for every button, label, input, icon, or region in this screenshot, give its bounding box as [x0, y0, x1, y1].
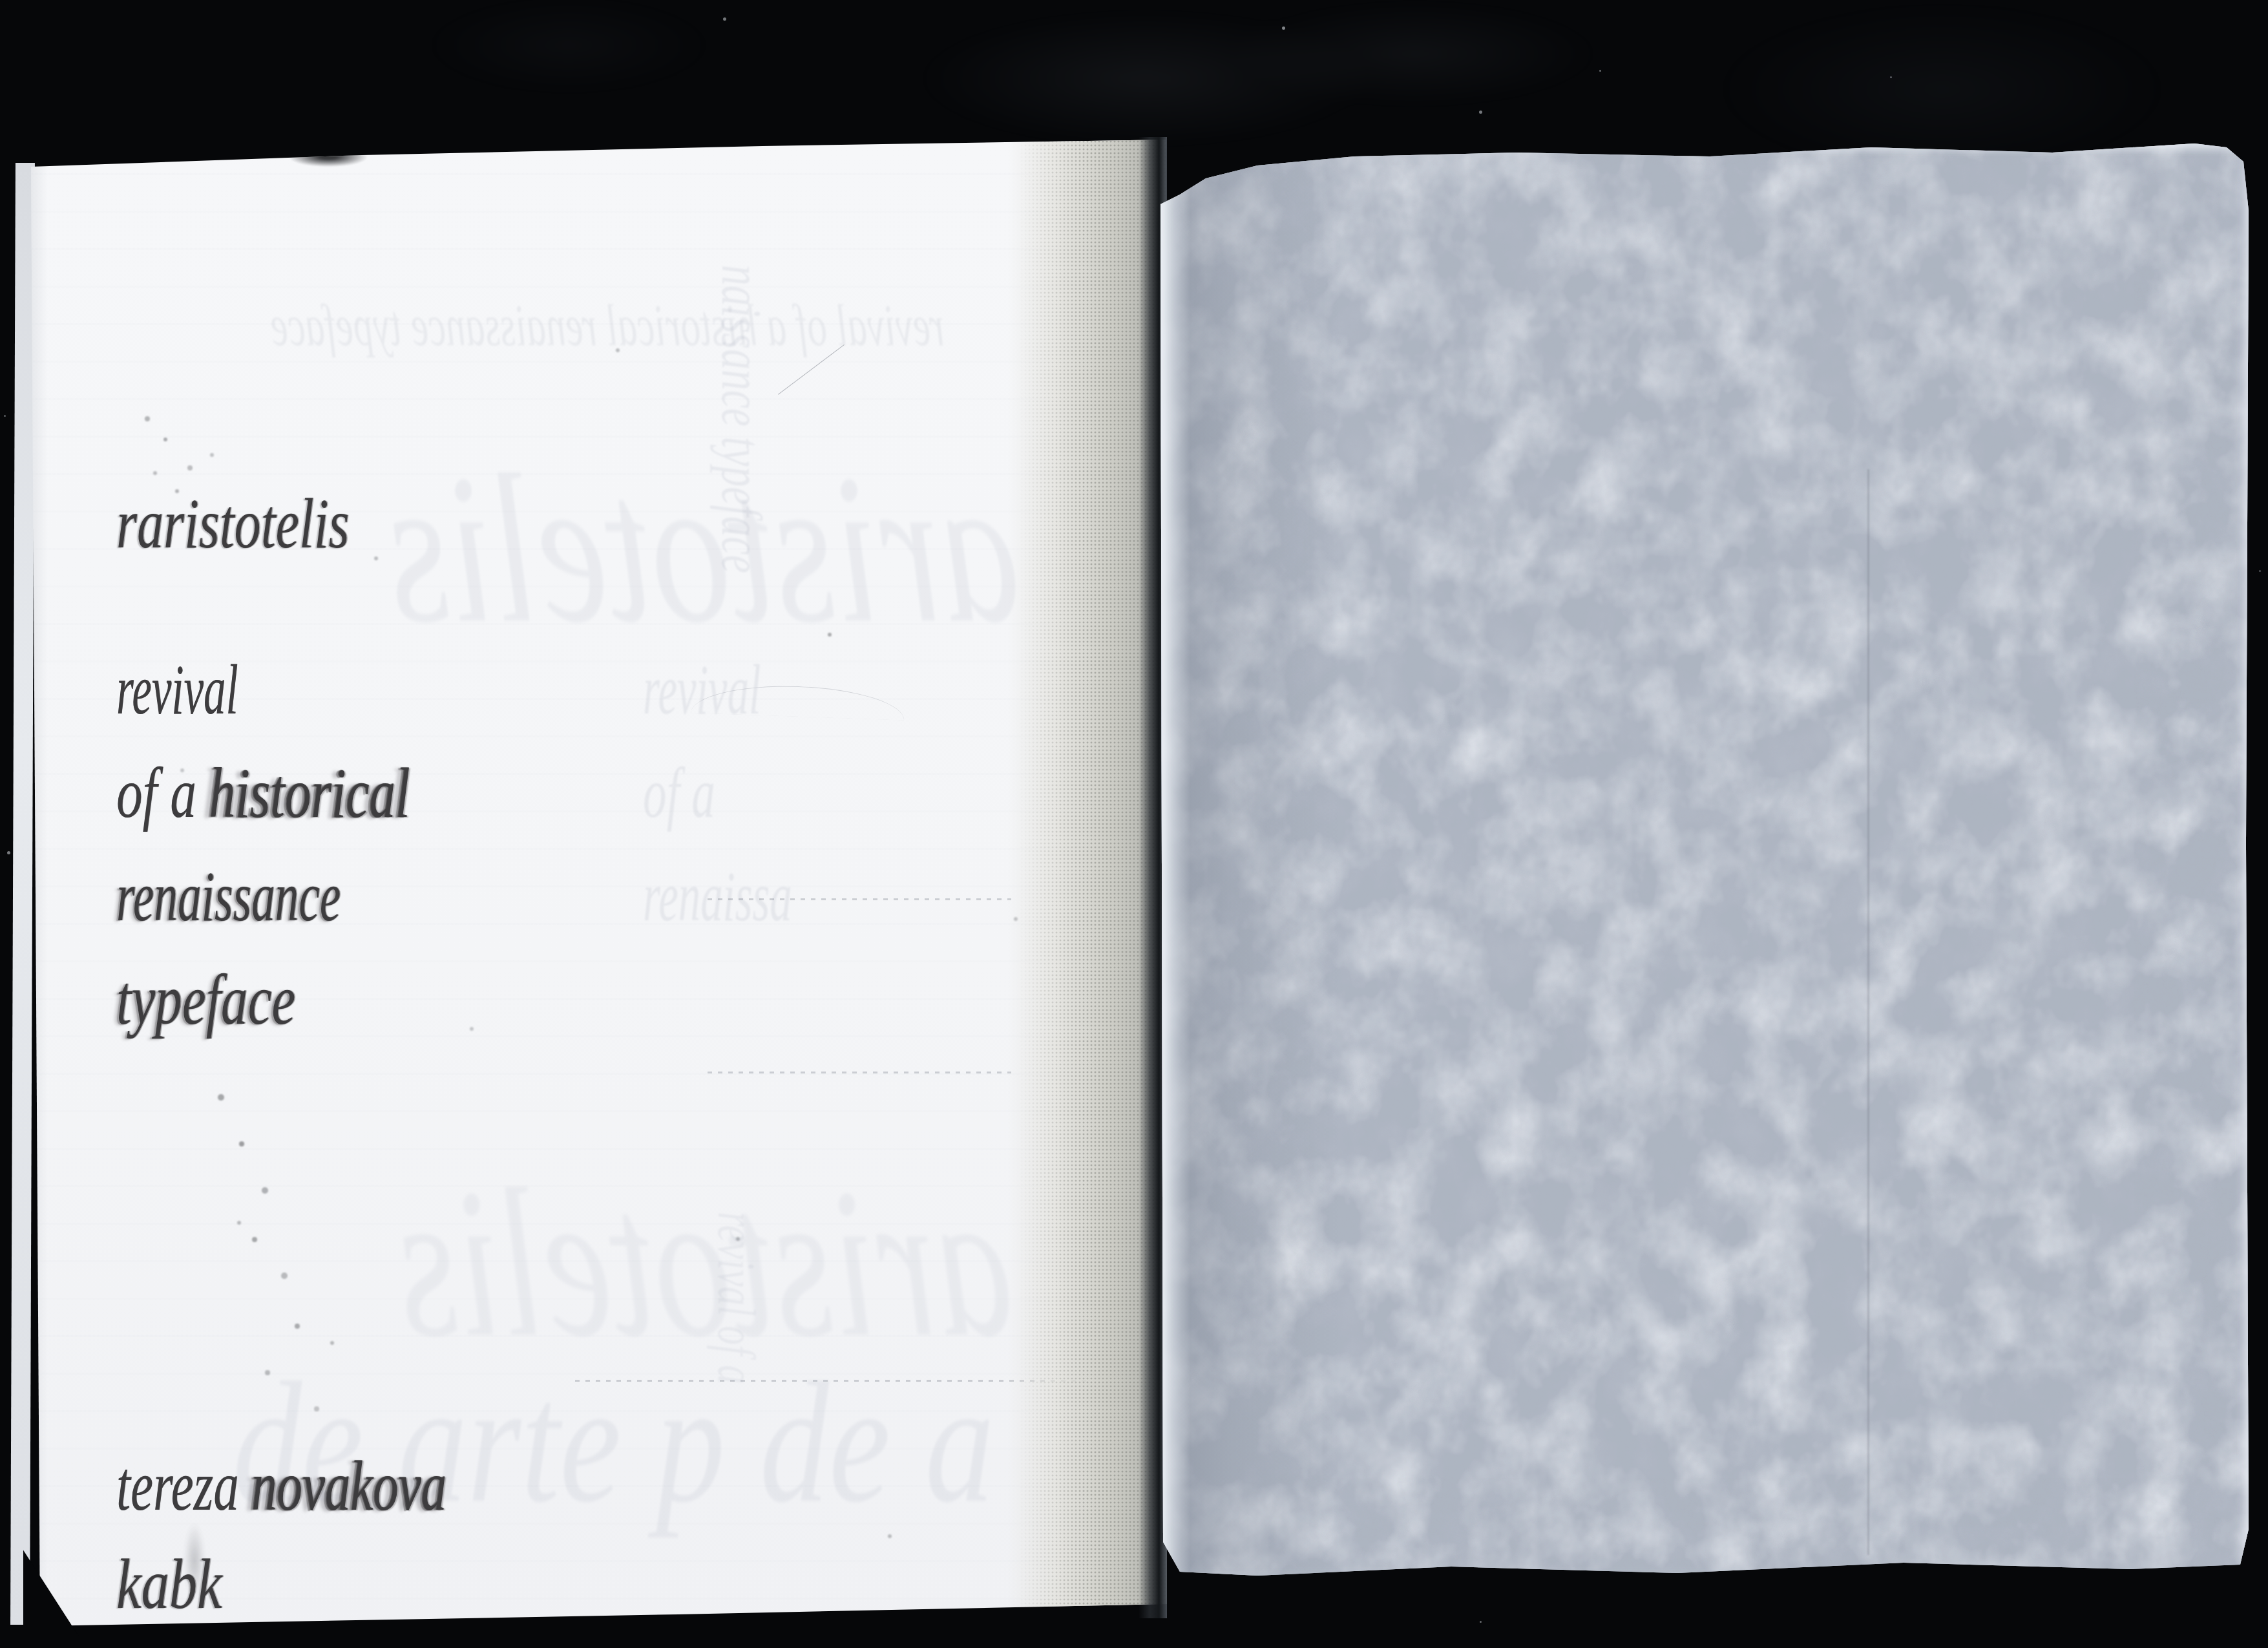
author-line: tereza novakova [116, 1437, 582, 1536]
dust-specks [0, 0, 2, 2]
left-page: revival of a historical renaissance type… [26, 136, 1167, 1630]
subtitle-line: of a historical [116, 742, 519, 845]
subtitle-line: typeface [116, 949, 519, 1052]
ghost-rule-line [708, 898, 1011, 900]
subtitle-text: revival of a historical renaissance type… [116, 639, 519, 1052]
ink-speckle-cluster [26, 136, 28, 138]
school-line: kabk [116, 1536, 582, 1634]
subtitle-line: revival [116, 639, 519, 742]
author-text: tereza novakova kabk [116, 1437, 582, 1634]
ghost-rule-line [708, 1072, 1011, 1073]
ink-specks [26, 136, 28, 138]
scan-background: revival of a historical renaissance type… [0, 0, 2268, 1648]
subtitle-line: renaissance [116, 845, 519, 949]
page-title: raristotelis [116, 472, 431, 576]
tissue-page [1160, 133, 2252, 1586]
ink-speckle-cluster [26, 136, 28, 138]
tissue-edge-glow [1160, 133, 2252, 1586]
top-edge-blotch [284, 143, 394, 171]
scanner-smudge [362, 0, 775, 129]
page-stack-edge [10, 163, 35, 1625]
top-edge-blotch [389, 141, 434, 156]
